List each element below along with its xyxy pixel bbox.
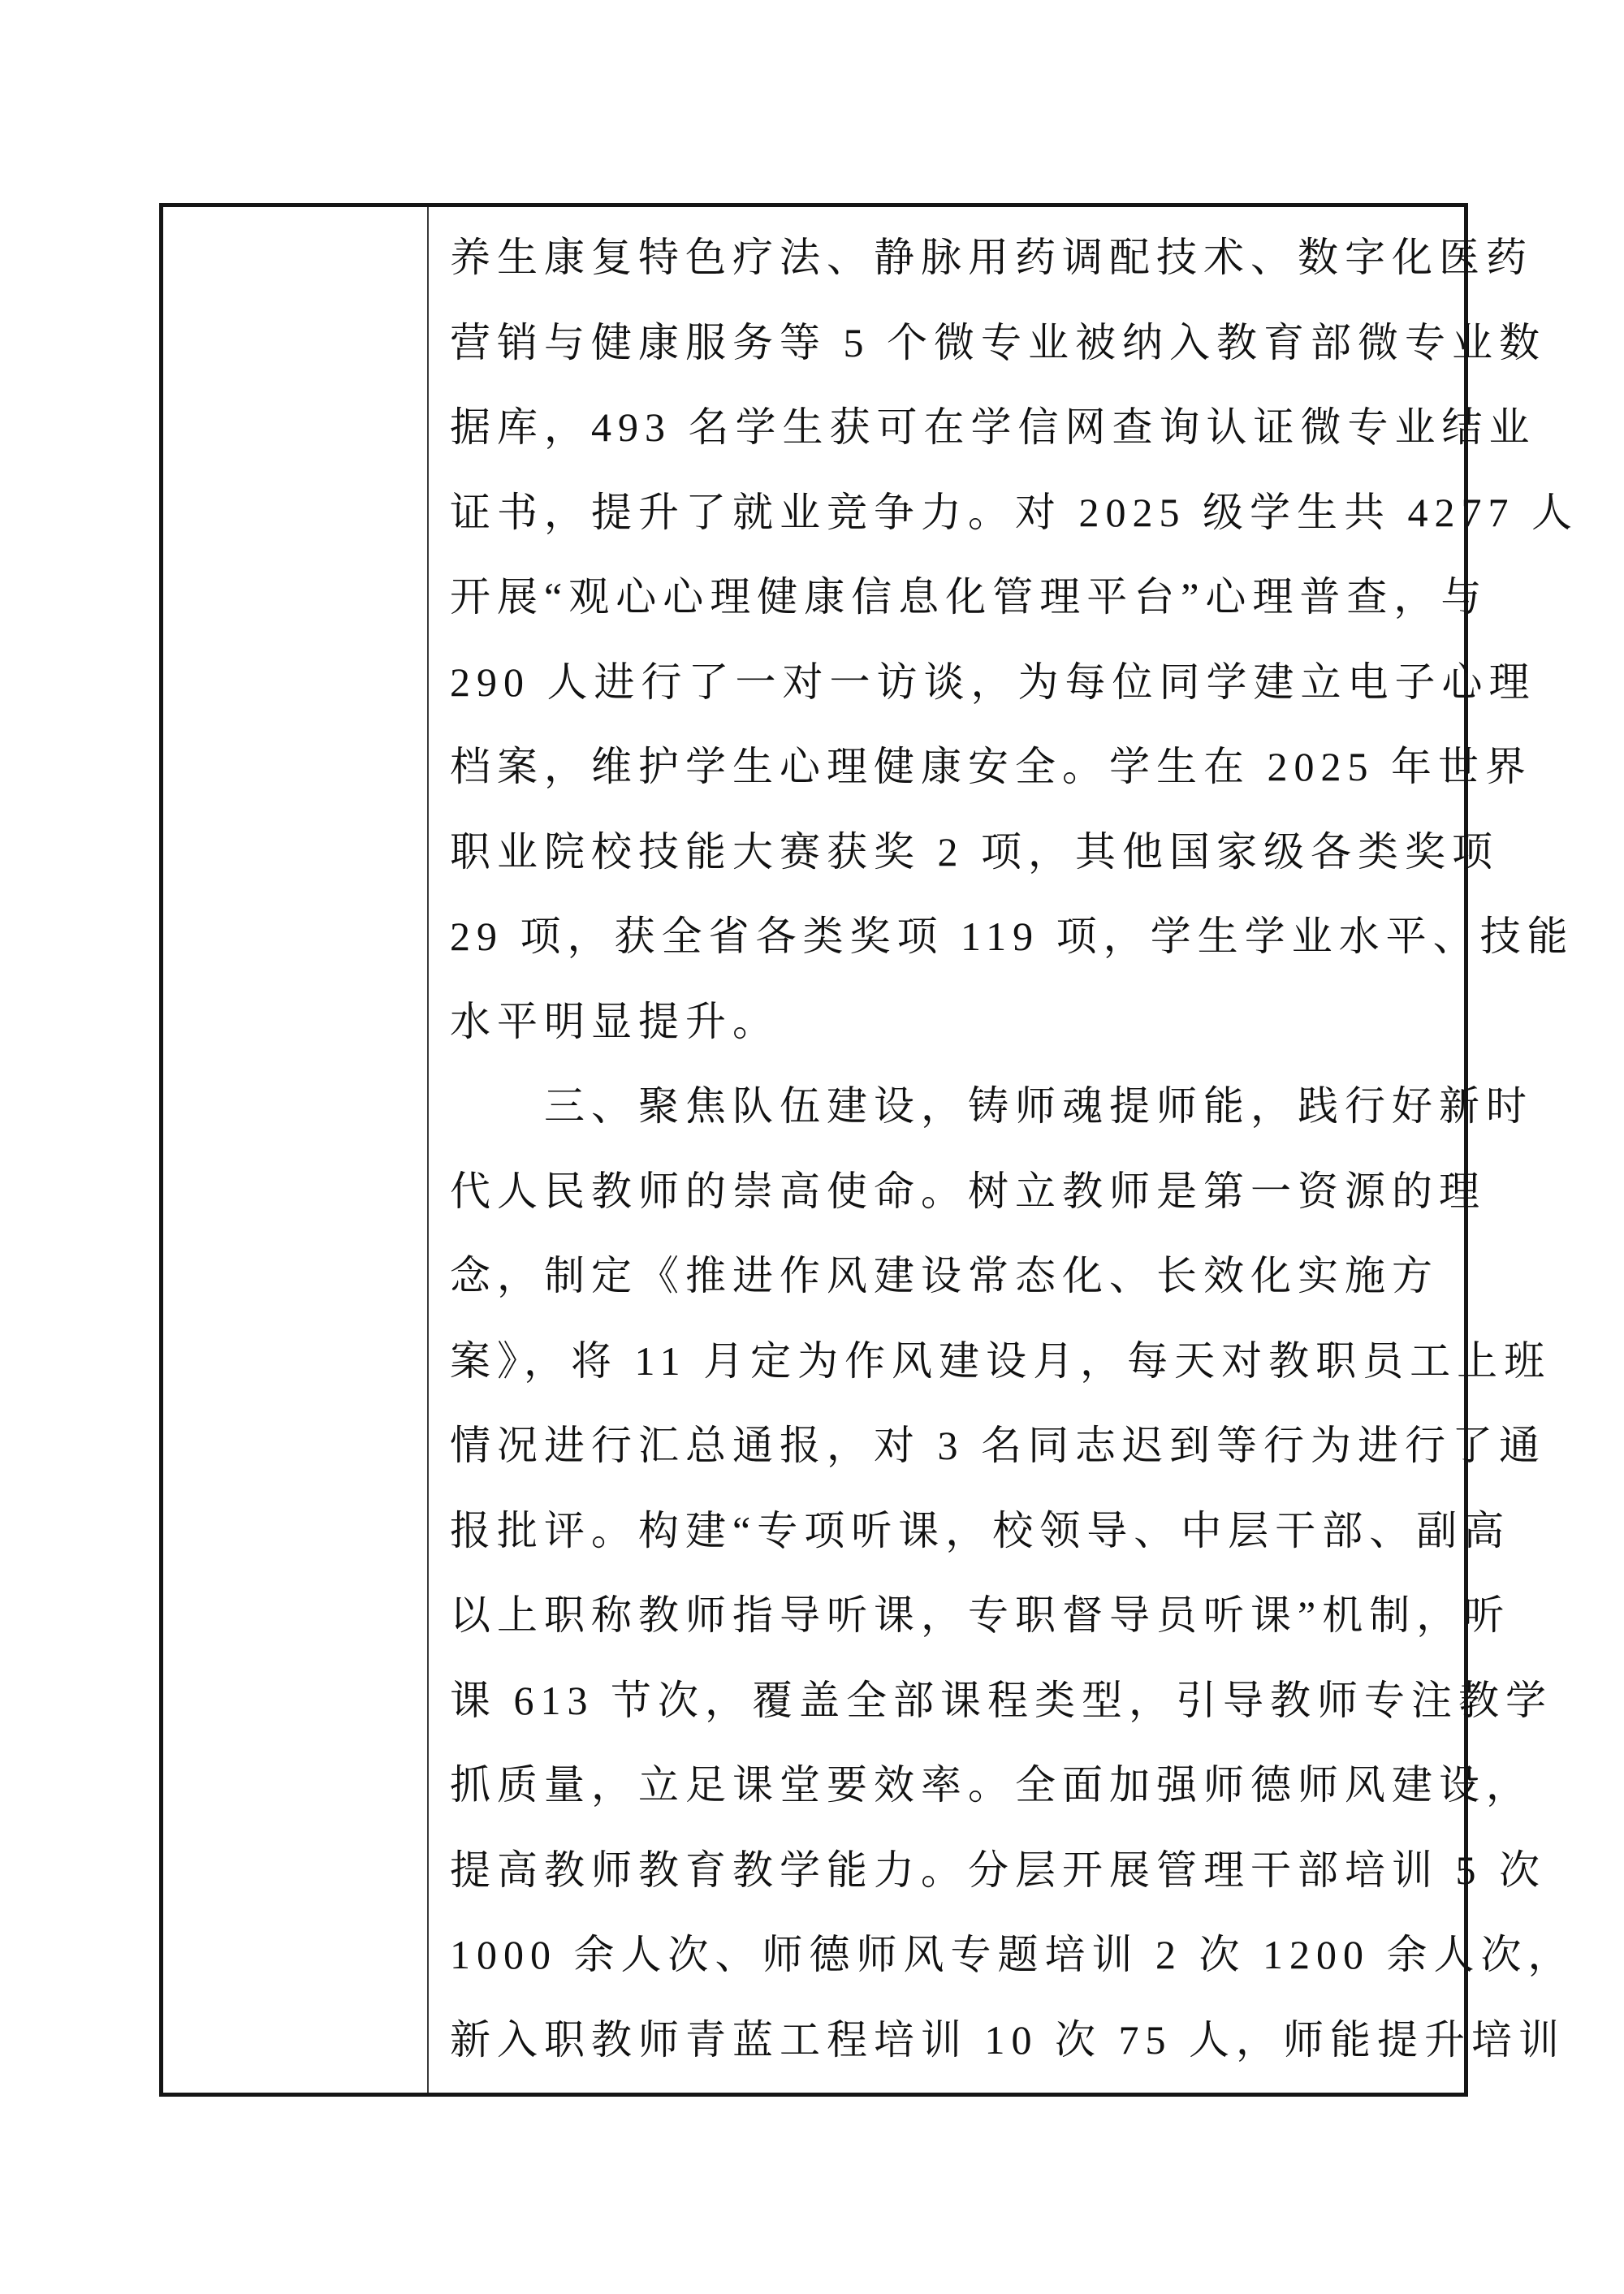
text-line: 代人民教师的崇高使命。树立教师是第一资源的理 — [450, 1149, 1475, 1234]
text-line: 抓质量，立足课堂要效率。全面加强师德师风建设， — [450, 1743, 1475, 1828]
table-left-cell — [163, 207, 429, 2093]
text-line: 1000 余人次、师德师风专题培训 2 次 1200 余人次， — [450, 1912, 1475, 1998]
section-heading-line: 三、聚焦队伍建设，铸师魂提师能，践行好新时 — [450, 1064, 1475, 1149]
text-line: 报批评。构建“专项听课，校领导、中层干部、副高 — [450, 1488, 1475, 1574]
text-line: 提高教师教育教学能力。分层开展管理干部培训 5 次 — [450, 1828, 1475, 1913]
body-paragraphs: 养生康复特色疗法、静脉用药调配技术、数字化医药 营销与健康服务等 5 个微专业被… — [450, 215, 1475, 2082]
text-line: 290 人进行了一对一访谈，为每位同学建立电子心理 — [450, 640, 1475, 725]
report-table: 养生康复特色疗法、静脉用药调配技术、数字化医药 营销与健康服务等 5 个微专业被… — [159, 203, 1468, 2097]
text-line: 职业院校技能大赛获奖 2 项，其他国家级各类奖项 — [450, 810, 1475, 895]
text-line: 课 613 节次，覆盖全部课程类型，引导教师专注教学 — [450, 1658, 1475, 1743]
text-line: 以上职称教师指导听课，专职督导员听课”机制，听 — [450, 1573, 1475, 1658]
text-line: 新入职教师青蓝工程培训 10 次 75 人，师能提升培训 — [450, 1998, 1475, 2083]
text-line: 开展“观心心理健康信息化管理平台”心理普查，与 — [450, 555, 1475, 640]
document-page: 养生康复特色疗法、静脉用药调配技术、数字化医药 营销与健康服务等 5 个微专业被… — [0, 0, 1624, 2294]
text-line: 念，制定《推进作风建设常态化、长效化实施方 — [450, 1233, 1475, 1319]
text-line: 29 项，获全省各类奖项 119 项，学生学业水平、技能 — [450, 894, 1475, 979]
text-line: 证书，提升了就业竞争力。对 2025 级学生共 4277 人 — [450, 470, 1475, 555]
text-line: 据库，493 名学生获可在学信网查询认证微专业结业 — [450, 385, 1475, 470]
text-line: 案》，将 11 月定为作风建设月，每天对教职员工上班 — [450, 1319, 1475, 1404]
text-line: 水平明显提升。 — [450, 979, 1475, 1065]
text-line: 情况进行汇总通报，对 3 名同志迟到等行为进行了通 — [450, 1403, 1475, 1488]
text-line: 养生康复特色疗法、静脉用药调配技术、数字化医药 — [450, 215, 1475, 300]
text-line: 营销与健康服务等 5 个微专业被纳入教育部微专业数 — [450, 300, 1475, 386]
table-right-cell: 养生康复特色疗法、静脉用药调配技术、数字化医药 营销与健康服务等 5 个微专业被… — [429, 207, 1464, 2093]
text-line: 档案，维护学生心理健康安全。学生在 2025 年世界 — [450, 724, 1475, 810]
